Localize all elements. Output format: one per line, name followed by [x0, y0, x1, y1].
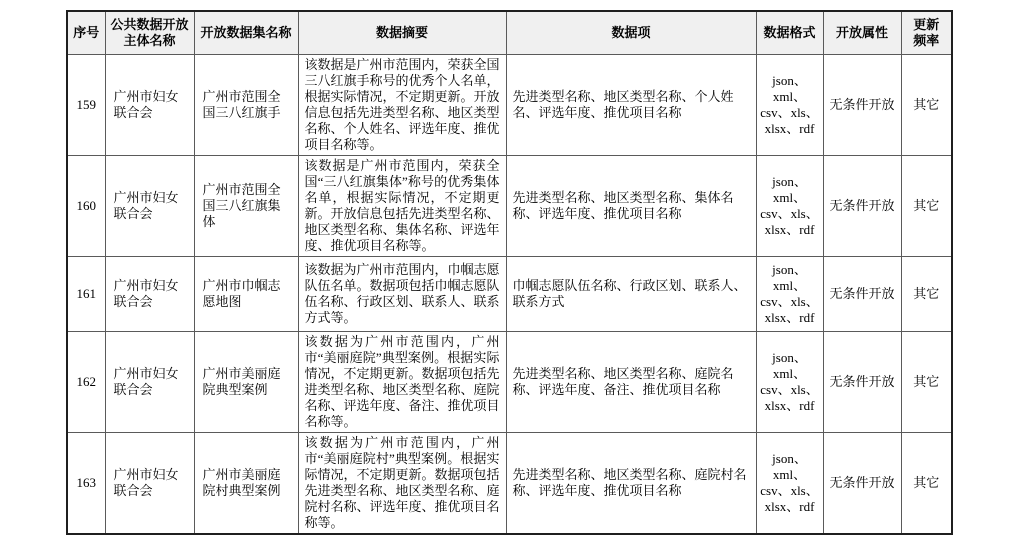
- cell-update-freq: 其它: [901, 256, 952, 331]
- cell-org: 广州市妇女联合会: [105, 331, 194, 432]
- col-header-items: 数据项: [506, 11, 756, 54]
- cell-summary: 该数据是广州市范围内，荣获全国三八红旗手称号的优秀个人名单，根据实际情况，不定期…: [298, 54, 506, 155]
- cell-org: 广州市妇女联合会: [105, 432, 194, 485]
- cell-formats: json、xml、csv、xls、xlsx、rdf: [756, 331, 823, 432]
- cell-update-freq: 其它: [901, 155, 952, 256]
- cell-dataset: 广州市巾帼志愿地图: [194, 256, 298, 331]
- cell-org: 广州市妇女联合会: [105, 155, 194, 256]
- cell-formats: json、xml、csv、xls、xlsx、rdf: [756, 432, 823, 485]
- open-data-catalog: 序号 公共数据开放主体名称 开放数据集名称 数据摘要 数据项 数据格式 开放属性…: [66, 10, 953, 485]
- table-row: 159 广州市妇女联合会 广州市范围全国三八红旗手 该数据是广州市范围内，荣获全…: [67, 54, 952, 155]
- cell-summary: 该数据为广州市范围内，广州市“美丽庭院”典型案例。根据实际情况，不定期更新。数据…: [298, 331, 506, 432]
- cell-org: 广州市妇女联合会: [105, 54, 194, 155]
- cell-items: 巾帼志愿队伍名称、行政区划、联系人、联系方式: [506, 256, 756, 331]
- cell-formats: json、xml、csv、xls、xlsx、rdf: [756, 155, 823, 256]
- cell-summary: 该数据是广州市范围内，荣获全国“三八红旗集体”称号的优秀集体名单，根据实际情况，…: [298, 155, 506, 256]
- cell-seq: 160: [67, 155, 105, 256]
- cell-open-attr: 无条件开放: [823, 256, 901, 331]
- cell-seq: 161: [67, 256, 105, 331]
- cell-formats: json、xml、csv、xls、xlsx、rdf: [756, 256, 823, 331]
- cell-items: 先进类型名称、地区类型名称、个人姓名、评选年度、推优项目名称: [506, 54, 756, 155]
- cell-dataset: 广州市美丽庭院典型案例: [194, 331, 298, 432]
- table-row: 163 广州市妇女联合会 广州市美丽庭院村典型案例 该数据为广州市范围内，广州市…: [67, 432, 952, 485]
- col-header-seq: 序号: [67, 11, 105, 54]
- header-row: 序号 公共数据开放主体名称 开放数据集名称 数据摘要 数据项 数据格式 开放属性…: [67, 11, 952, 54]
- cell-formats: json、xml、csv、xls、xlsx、rdf: [756, 54, 823, 155]
- cell-update-freq: 其它: [901, 54, 952, 155]
- table-row: 161 广州市妇女联合会 广州市巾帼志愿地图 该数据为广州市范围内，巾帼志愿队伍…: [67, 256, 952, 331]
- cell-dataset: 广州市美丽庭院村典型案例: [194, 432, 298, 485]
- cell-open-attr: 无条件开放: [823, 331, 901, 432]
- col-header-dataset: 开放数据集名称: [194, 11, 298, 54]
- cell-open-attr: 无条件开放: [823, 432, 901, 485]
- cell-items: 先进类型名称、地区类型名称、集体名称、评选年度、推优项目名称: [506, 155, 756, 256]
- cell-dataset: 广州市范围全国三八红旗手: [194, 54, 298, 155]
- cell-org: 广州市妇女联合会: [105, 256, 194, 331]
- cell-seq: 159: [67, 54, 105, 155]
- cell-summary: 该数据为广州市范围内，巾帼志愿队伍名单。数据项包括巾帼志愿队伍名称、行政区划、联…: [298, 256, 506, 331]
- cell-items: 先进类型名称、地区类型名称、庭院村名称、评选年度、推优项目名称: [506, 432, 756, 485]
- table-row: 162 广州市妇女联合会 广州市美丽庭院典型案例 该数据为广州市范围内，广州市“…: [67, 331, 952, 432]
- col-header-open-attr: 开放属性: [823, 11, 901, 54]
- cell-seq: 163: [67, 432, 105, 485]
- col-header-formats: 数据格式: [756, 11, 823, 54]
- cell-update-freq: 其它: [901, 432, 952, 485]
- cell-seq: 162: [67, 331, 105, 432]
- col-header-summary: 数据摘要: [298, 11, 506, 54]
- open-data-catalog-table: 序号 公共数据开放主体名称 开放数据集名称 数据摘要 数据项 数据格式 开放属性…: [66, 10, 953, 485]
- cell-summary: 该数据为广州市范围内，广州市“美丽庭院村”典型案例。根据实际情况，不定期更新。数…: [298, 432, 506, 485]
- cell-open-attr: 无条件开放: [823, 155, 901, 256]
- cell-dataset: 广州市范围全国三八红旗集体: [194, 155, 298, 256]
- table-row: 160 广州市妇女联合会 广州市范围全国三八红旗集体 该数据是广州市范围内，荣获…: [67, 155, 952, 256]
- cell-open-attr: 无条件开放: [823, 54, 901, 155]
- cell-update-freq: 其它: [901, 331, 952, 432]
- col-header-update-freq: 更新频率: [901, 11, 952, 54]
- cell-items: 先进类型名称、地区类型名称、庭院名称、评选年度、备注、推优项目名称: [506, 331, 756, 432]
- col-header-org: 公共数据开放主体名称: [105, 11, 194, 54]
